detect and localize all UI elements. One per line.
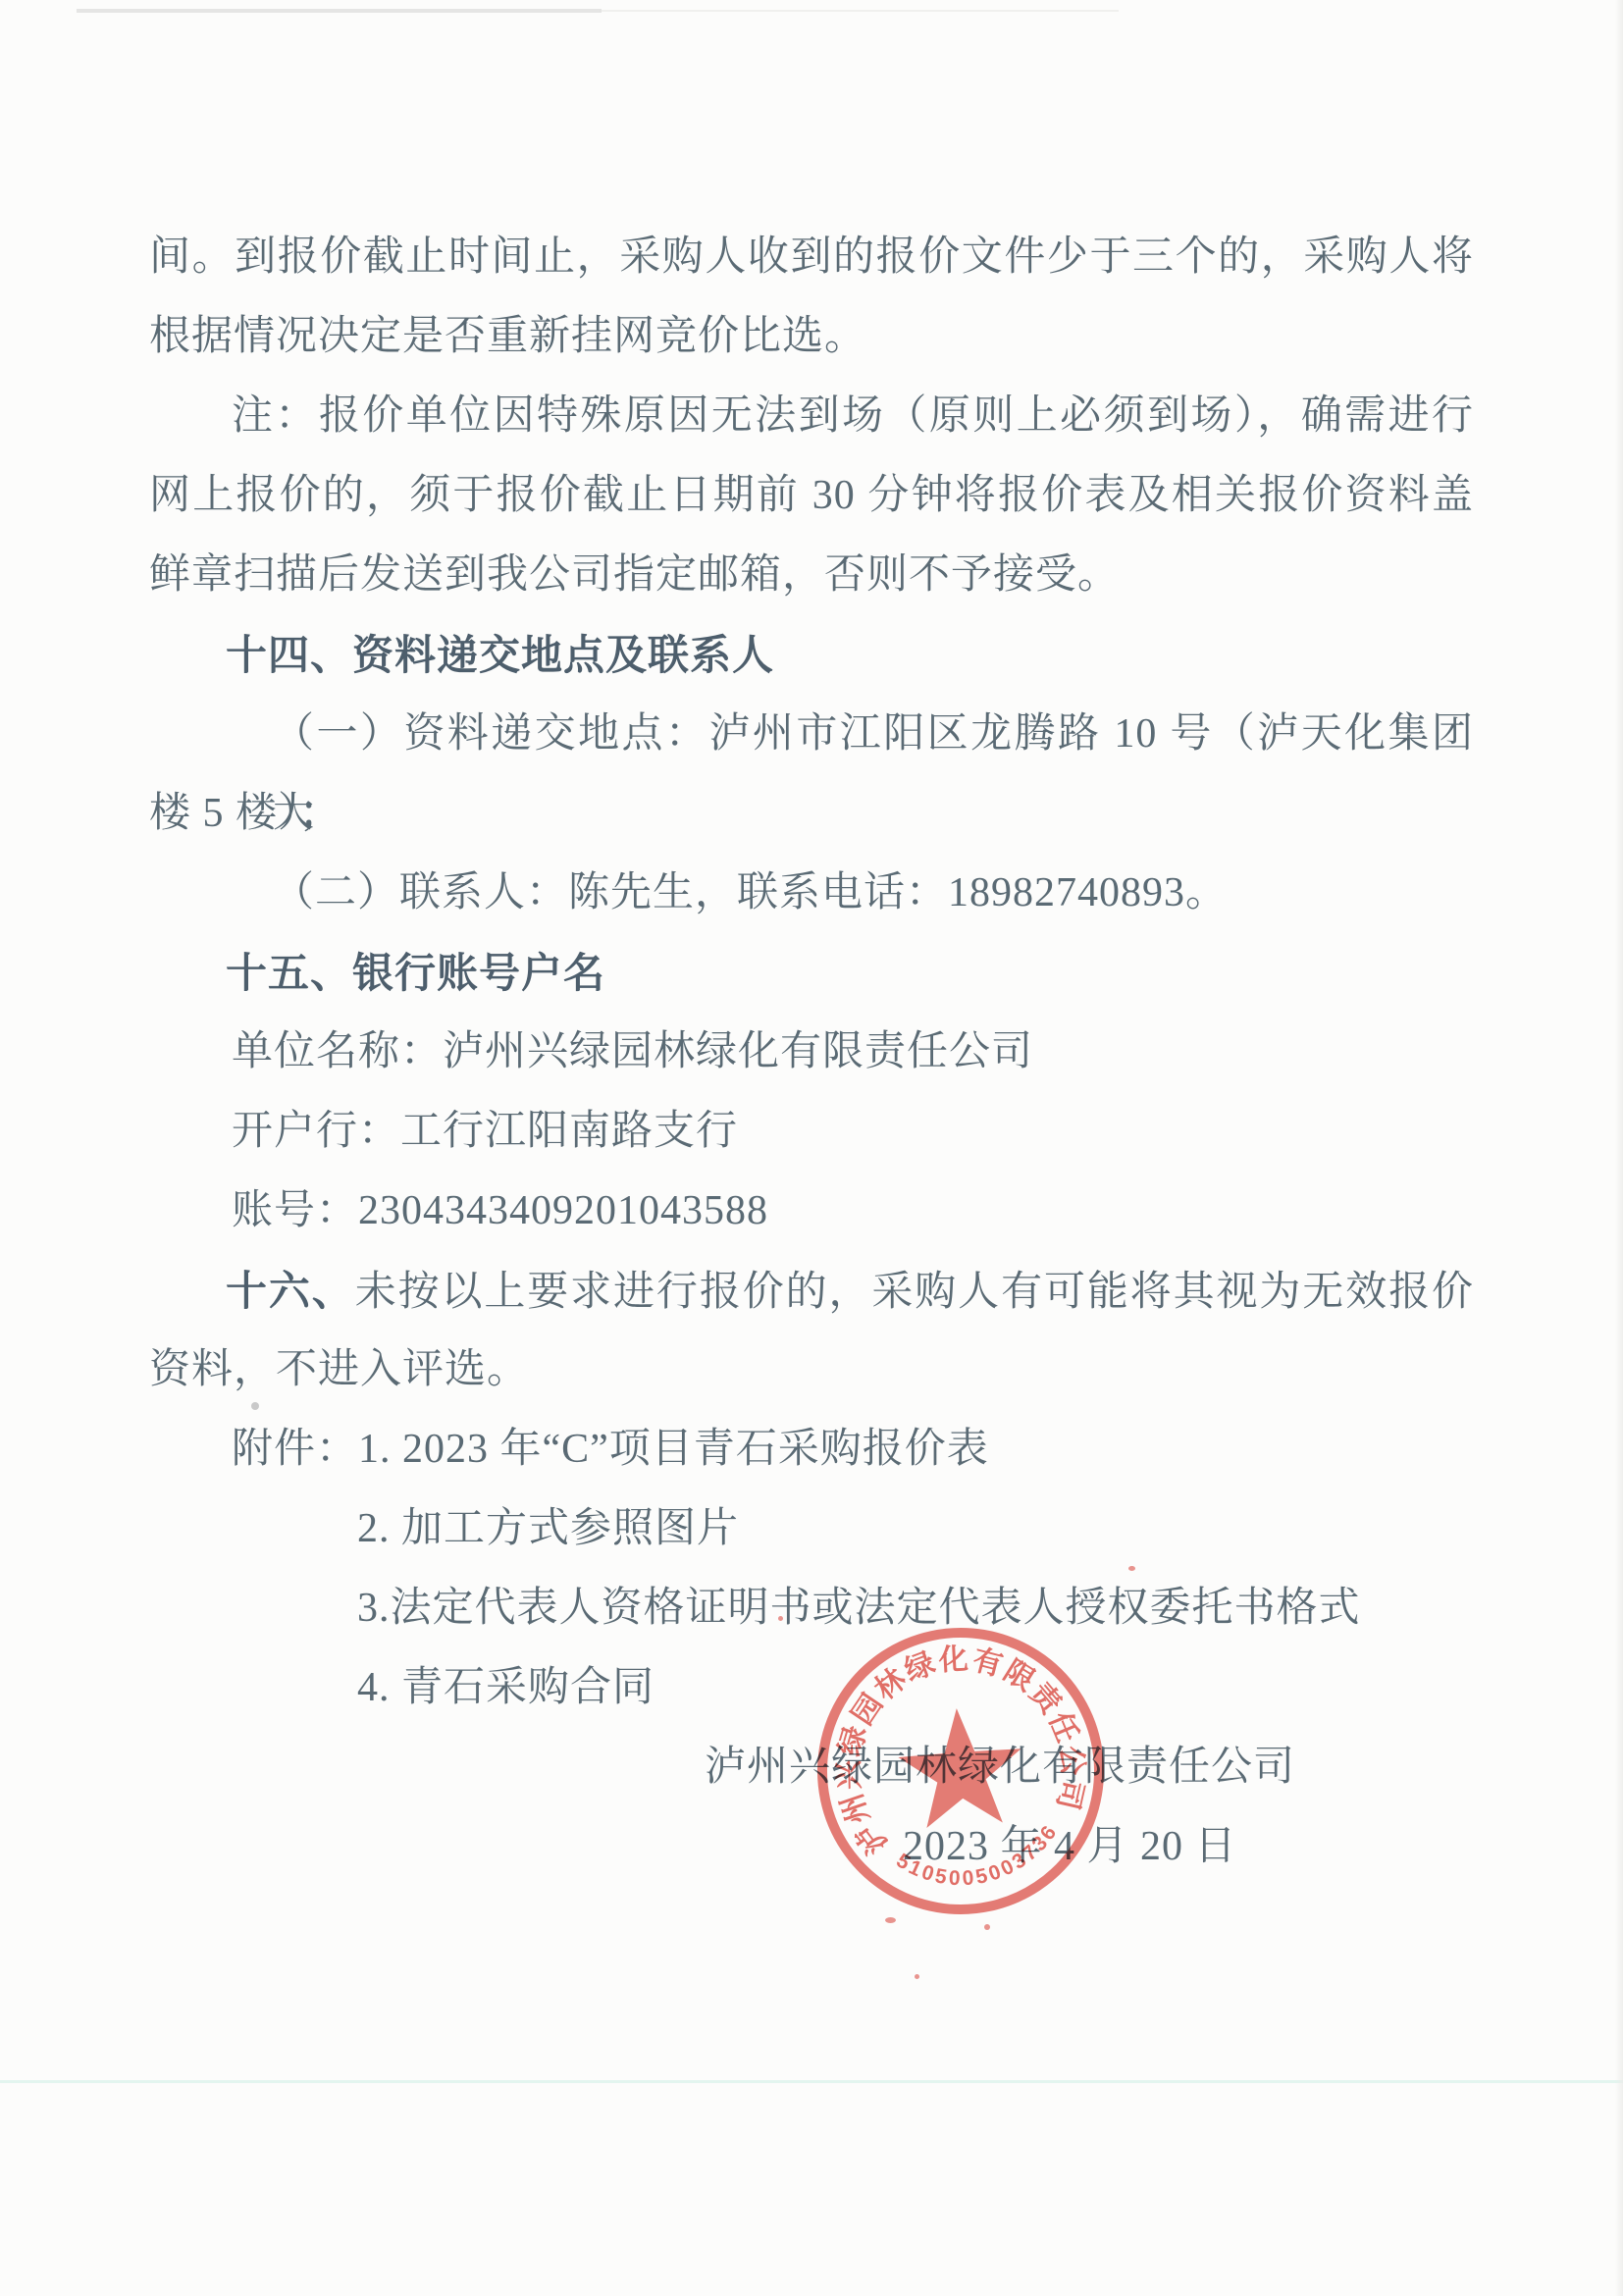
section-16-label: 十六、 [226,1268,355,1314]
scan-streak [77,9,602,13]
scan-streak [599,10,1119,12]
body-line: 网上报价的，须于报价截止日期前 30 分钟将报价表及相关报价资料盖 [149,456,1474,536]
scanned-document-page: 间。到报价截止时间止，采购人收到的报价文件少于三个的，采购人将 根据情况决定是否… [0,0,1623,2296]
bank-line: 开户行：工行江阳南路支行 [149,1092,1474,1172]
ink-speck [984,1924,990,1930]
account-number-line: 账号：2304343409201043588 [149,1172,1474,1251]
seal-star-icon [891,1697,1035,1842]
body-line: （一）资料递交地点：泸州市江阳区龙腾路 10 号（泸天化集团大 [149,695,1474,774]
attachment-item-1: 附件：1. 2023 年“C”项目青石采购报价表 [149,1410,1474,1489]
company-seal-stamp: 泸州兴绿园林绿化有限责任公司 5105005003736 [811,1621,1111,1921]
attachment-item-2: 2. 加工方式参照图片 [149,1489,1474,1569]
svg-text:5105005003736: 5105005003736 [889,1816,1071,1905]
section-16-text: 未按以上要求进行报价的，采购人有可能将其视为无效报价 [355,1270,1474,1315]
contact-line: （二）联系人：陈先生，联系电话：18982740893。 [149,854,1474,933]
section-heading-14: 十四、资料递交地点及联系人 [149,615,1474,695]
scan-line-artifact [0,2080,1623,2083]
body-line: 根据情况决定是否重新挂网竞价比选。 [149,297,1474,377]
body-line: 楼 5 楼）； [149,774,1474,854]
ink-speck [915,1974,919,1979]
seal-number-text: 5105005003736 [889,1816,1071,1905]
section-heading-16-line: 十六、未按以上要求进行报价的，采购人有可能将其视为无效报价 [149,1251,1474,1331]
section-heading-15: 十五、银行账号户名 [149,933,1474,1013]
company-name-line: 单位名称：泸州兴绿园林绿化有限责任公司 [149,1013,1474,1092]
body-line: 注：报价单位因特殊原因无法到场（原则上必须到场），确需进行 [149,377,1474,456]
body-line: 间。到报价截止时间止，采购人收到的报价文件少于三个的，采购人将 [149,218,1474,297]
scan-edge-shadow [1615,0,1623,2296]
body-line: 鲜章扫描后发送到我公司指定邮箱，否则不予接受。 [149,536,1474,615]
body-line: 资料，不进入评选。 [149,1331,1474,1410]
